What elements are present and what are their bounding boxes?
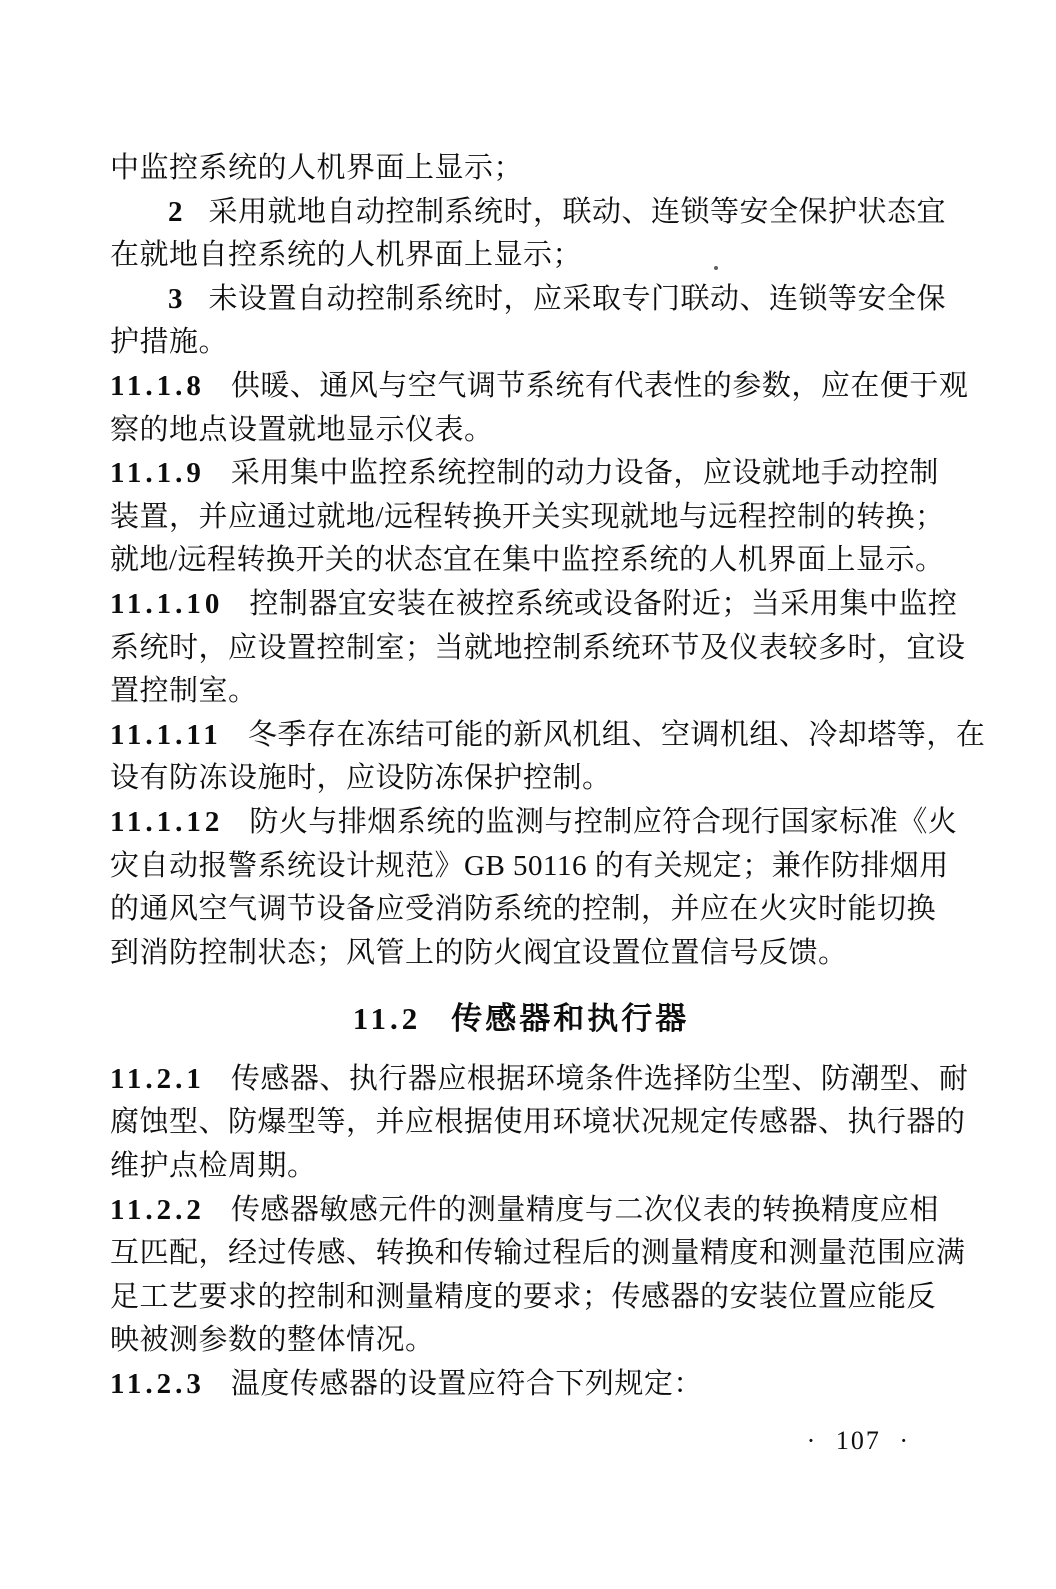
line-text: 灾自动报警系统设计规范》GB 50116 的有关规定；兼作防排烟用 xyxy=(110,850,949,882)
line-text: 到消防控制状态；风管上的防火阀宜设置位置信号反馈。 xyxy=(110,937,848,969)
clause-line: 11.1.9采用集中监控系统控制的动力设备，应设就地手动控制 xyxy=(110,452,932,496)
clause-number: 11.2.1 xyxy=(110,1063,205,1095)
text-line: 灾自动报警系统设计规范》GB 50116 的有关规定；兼作防排烟用 xyxy=(110,845,932,889)
sub-item-line: 2采用就地自动控制系统时，联动、连锁等安全保护状态宜 xyxy=(110,191,932,235)
clause-line: 11.2.3温度传感器的设置应符合下列规定： xyxy=(110,1363,932,1407)
line-text: 未设置自动控制系统时，应采取专门联动、连锁等安全保 xyxy=(209,283,947,315)
text-line: 维护点检周期。 xyxy=(110,1145,932,1189)
text-line: 腐蚀型、防爆型等，并应根据使用环境状况规定传感器、执行器的 xyxy=(110,1101,932,1145)
text-line: 的通风空气调节设备应受消防系统的控制，并应在火灾时能切换 xyxy=(110,888,932,932)
clause-line: 11.2.2传感器敏感元件的测量精度与二次仪表的转换精度应相 xyxy=(110,1189,932,1233)
clause-number: 11.1.10 xyxy=(110,588,223,620)
clause-line: 11.1.11冬季存在冻结可能的新风机组、空调机组、冷却塔等，在 xyxy=(110,714,932,758)
line-text: 供暖、通风与空气调节系统有代表性的参数，应在便于观 xyxy=(231,370,969,402)
text-line: 设有防冻设施时，应设防冻保护控制。 xyxy=(110,757,932,801)
text-line: 察的地点设置就地显示仪表。 xyxy=(110,409,932,453)
text-line: 就地/远程转换开关的状态宜在集中监控系统的人机界面上显示。 xyxy=(110,539,932,583)
line-text: 系统时，应设置控制室；当就地控制系统环节及仪表较多时，宜设 xyxy=(110,632,966,664)
scan-speck xyxy=(714,266,718,270)
clause-line: 11.1.8供暖、通风与空气调节系统有代表性的参数，应在便于观 xyxy=(110,365,932,409)
clause-number: 11.2.2 xyxy=(110,1194,205,1226)
line-text: 察的地点设置就地显示仪表。 xyxy=(110,414,494,446)
section-title: 传感器和执行器 xyxy=(451,1001,689,1036)
line-text: 在就地自控系统的人机界面上显示； xyxy=(110,239,582,271)
line-text: 装置，并应通过就地/远程转换开关实现就地与远程控制的转换； xyxy=(110,501,945,533)
clause-number: 11.2.3 xyxy=(110,1368,205,1400)
line-text: 护措施。 xyxy=(110,326,228,358)
clause-number: 11.1.11 xyxy=(110,719,222,751)
clause-number: 11.1.8 xyxy=(110,370,205,402)
line-text: 就地/远程转换开关的状态宜在集中监控系统的人机界面上显示。 xyxy=(110,544,945,576)
text-line: 中监控系统的人机界面上显示； xyxy=(110,147,932,191)
clause-line: 11.2.1传感器、执行器应根据环境条件选择防尘型、防潮型、耐 xyxy=(110,1058,932,1102)
text-line: 置控制室。 xyxy=(110,670,932,714)
text-block: 中监控系统的人机界面上显示；2采用就地自动控制系统时，联动、连锁等安全保护状态宜… xyxy=(110,147,932,1407)
text-line: 足工艺要求的控制和测量精度的要求；传感器的安装位置应能反 xyxy=(110,1276,932,1320)
line-text: 冬季存在冻结可能的新风机组、空调机组、冷却塔等，在 xyxy=(248,719,986,751)
line-text: 采用集中监控系统控制的动力设备，应设就地手动控制 xyxy=(231,457,939,489)
text-line: 到消防控制状态；风管上的防火阀宜设置位置信号反馈。 xyxy=(110,932,932,976)
line-text: 温度传感器的设置应符合下列规定： xyxy=(231,1368,703,1400)
line-text: 的通风空气调节设备应受消防系统的控制，并应在火灾时能切换 xyxy=(110,893,936,925)
text-line: 在就地自控系统的人机界面上显示； xyxy=(110,234,932,278)
text-line: 映被测参数的整体情况。 xyxy=(110,1319,932,1363)
clause-line: 11.1.10控制器宜安装在被控系统或设备附近；当采用集中监控 xyxy=(110,583,932,627)
scanned-document-page: 中监控系统的人机界面上显示；2采用就地自动控制系统时，联动、连锁等安全保护状态宜… xyxy=(0,0,1056,1589)
text-line: 系统时，应设置控制室；当就地控制系统环节及仪表较多时，宜设 xyxy=(110,627,932,671)
line-text: 互匹配，经过传感、转换和传输过程后的测量精度和测量范围应满 xyxy=(110,1237,966,1269)
section-number: 11.2 xyxy=(353,1001,422,1036)
clause-line: 11.1.12防火与排烟系统的监测与控制应符合现行国家标准《火 xyxy=(110,801,932,845)
line-text: 足工艺要求的控制和测量精度的要求；传感器的安装位置应能反 xyxy=(110,1281,936,1313)
line-text: 维护点检周期。 xyxy=(110,1150,317,1182)
line-text: 采用就地自动控制系统时，联动、连锁等安全保护状态宜 xyxy=(209,196,947,228)
line-text: 映被测参数的整体情况。 xyxy=(110,1324,435,1356)
text-line: 装置，并应通过就地/远程转换开关实现就地与远程控制的转换； xyxy=(110,496,932,540)
section-heading: 11.2传感器和执行器 xyxy=(110,997,932,1041)
line-text: 置控制室。 xyxy=(110,675,258,707)
line-text: 控制器宜安装在被控系统或设备附近；当采用集中监控 xyxy=(249,588,957,620)
page-number: · 107 · xyxy=(807,1426,910,1456)
sub-item-line: 3未设置自动控制系统时，应采取专门联动、连锁等安全保 xyxy=(110,278,932,322)
line-text: 中监控系统的人机界面上显示； xyxy=(110,152,523,184)
clause-number: 2 xyxy=(168,196,187,228)
clause-number: 11.1.9 xyxy=(110,457,205,489)
line-text: 设有防冻设施时，应设防冻保护控制。 xyxy=(110,762,612,794)
line-text: 传感器、执行器应根据环境条件选择防尘型、防潮型、耐 xyxy=(231,1063,969,1095)
clause-number: 3 xyxy=(168,283,187,315)
text-line: 互匹配，经过传感、转换和传输过程后的测量精度和测量范围应满 xyxy=(110,1232,932,1276)
line-text: 防火与排烟系统的监测与控制应符合现行国家标准《火 xyxy=(249,806,957,838)
text-line: 护措施。 xyxy=(110,321,932,365)
clause-number: 11.1.12 xyxy=(110,806,223,838)
line-text: 腐蚀型、防爆型等，并应根据使用环境状况规定传感器、执行器的 xyxy=(110,1106,966,1138)
line-text: 传感器敏感元件的测量精度与二次仪表的转换精度应相 xyxy=(231,1194,939,1226)
